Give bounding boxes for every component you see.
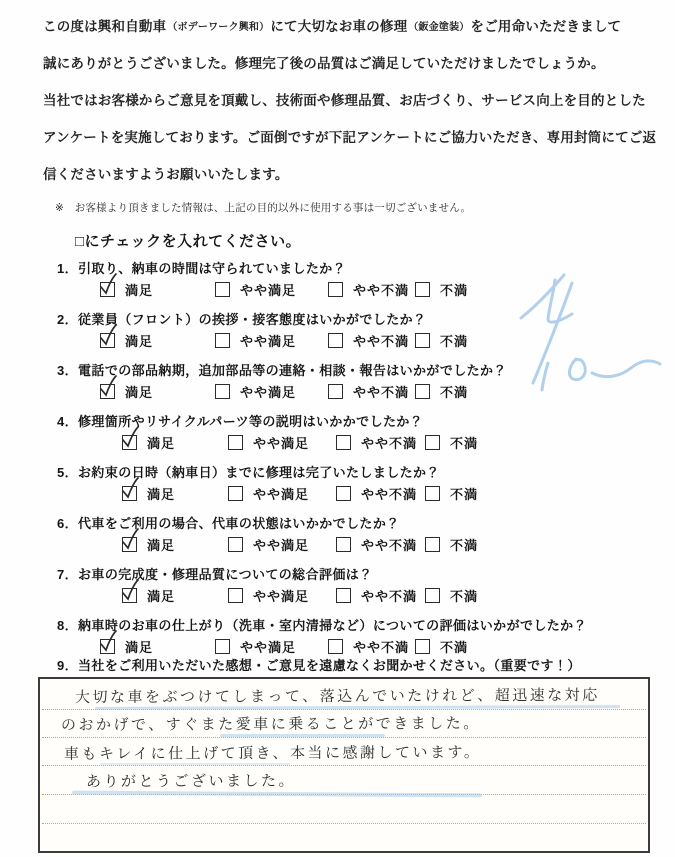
option-row: 満足やや満足やや不満不満 [0,433,675,457]
option-group: やや満足 [215,280,296,299]
option-label: やや満足 [240,382,296,401]
question-text: 5．お約束の日時（納車日）までに修理は完了いたしましたか？ [57,462,440,481]
option-group: 満足 [100,637,153,656]
checkbox-q8-やや不満[interactable] [328,639,343,654]
option-group: やや満足 [228,484,309,503]
checkbox-q1-不満[interactable] [415,282,430,297]
option-row: 満足やや満足やや不満不満 [0,535,675,559]
option-group: やや不満 [336,484,417,503]
option-label: やや不満 [353,637,409,656]
comment-response-box[interactable]: 大切な車をぶつけてしまって、落込んでいたけれど、超迅速な対応 のおかげで、すぐま… [38,677,650,853]
option-label: やや満足 [240,331,296,350]
checkbox-q8-やや満足[interactable] [215,639,230,654]
option-row: 満足やや満足やや不満不満 [0,484,675,508]
intro-text-segment: をご用命いただきまして [471,15,622,35]
intro-text-segment: （鈑金塗装） [407,18,470,33]
checkbox-q7-不満[interactable] [425,588,440,603]
checkbox-q1-やや満足[interactable] [215,282,230,297]
intro-text-segment: にて大切なお車の修理 [270,15,407,35]
intro-text-segment: 信くださいますようお願いいたします。 [43,163,289,183]
option-label: 不満 [440,331,468,350]
option-group: やや不満 [336,433,417,452]
checkbox-q1-満足[interactable] [100,282,115,297]
option-label: 不満 [440,382,468,401]
option-group: やや満足 [228,535,309,554]
checkbox-q3-満足[interactable] [100,384,115,399]
ruled-line [42,765,646,766]
checkbox-q6-不満[interactable] [425,537,440,552]
option-group: やや満足 [215,331,296,350]
option-label: 満足 [147,586,175,605]
option-label: 満足 [125,382,153,401]
survey-form-page: この度は興和自動車（ボデーワーク興和）にて大切なお車の修理（鈑金塗装）をご用命い… [0,0,675,857]
checkbox-q2-やや不満[interactable] [328,333,343,348]
option-group: 満足 [122,535,175,554]
option-label: やや不満 [361,484,417,503]
option-group: 満足 [100,331,153,350]
option-group: 不満 [425,586,478,605]
option-group: 不満 [425,433,478,452]
intro-text-segment: 誠にありがとうございました。修理完了後の品質はご満足していただけましたでしょうか… [43,52,605,72]
question-block: 5．お約束の日時（納車日）までに修理は完了いたしましたか？満足やや満足やや不満不… [0,460,675,511]
ruled-line [42,823,646,824]
checkbox-q3-やや満足[interactable] [215,384,230,399]
intro-text-segment: アンケートを実施しております。ご面倒ですが下記アンケートにご協力いただき、専用封… [43,126,656,146]
intro-text-segment: （ボデーワーク興和） [166,18,270,33]
option-group: やや満足 [228,586,309,605]
option-label: やや不満 [361,535,417,554]
option-label: やや満足 [253,484,309,503]
checkbox-q8-満足[interactable] [100,639,115,654]
option-label: 不満 [440,637,468,656]
question-text: 6．代車をご利用の場合、代車の状態はいかかでしたか？ [57,513,400,532]
option-group: 不満 [415,382,468,401]
intro-line: 信くださいますようお願いいたします。 [43,154,643,191]
checkbox-q4-やや不満[interactable] [336,435,351,450]
privacy-note: ※ お客様より頂きました情報は、上記の目的以外に使用する事は一切ございません。 [55,200,635,215]
checkbox-q2-不満[interactable] [415,333,430,348]
check-instruction: □にチェックを入れてください。 [75,230,301,251]
option-group: 不満 [415,331,468,350]
option-group: 満足 [122,586,175,605]
intro-text-segment: この度は興和自動車 [43,15,166,35]
question-text: 1．引取り、納車の時間は守られていましたか？ [57,258,346,277]
option-group: やや満足 [228,433,309,452]
intro-line: この度は興和自動車（ボデーワーク興和）にて大切なお車の修理（鈑金塗装）をご用命い… [43,6,643,43]
option-label: やや不満 [361,433,417,452]
handwritten-comment-line: 車もキレイに仕上げて頂き、本当に感謝しています。 [64,741,481,764]
option-label: やや不満 [353,280,409,299]
option-label: 満足 [125,331,153,350]
checkbox-q8-不満[interactable] [415,639,430,654]
intro-text-segment: 当社ではお客様からご意見を頂戴し、技術面や修理品質、お店づくり、サービス向上を目… [43,89,646,109]
checkbox-q1-やや不満[interactable] [328,282,343,297]
option-group: 満足 [100,382,153,401]
option-group: やや不満 [336,535,417,554]
checkbox-q4-やや満足[interactable] [228,435,243,450]
blue-highlight-stroke [220,734,385,737]
intro-line: 誠にありがとうございました。修理完了後の品質はご満足していただけましたでしょうか… [43,43,643,80]
option-label: やや満足 [253,433,309,452]
option-group: やや不満 [328,331,409,350]
intro-paragraph: この度は興和自動車（ボデーワーク興和）にて大切なお車の修理（鈑金塗装）をご用命い… [43,6,643,191]
option-group: 不満 [415,280,468,299]
option-label: 満足 [125,637,153,656]
question-text: 8．納車時のお車の仕上がり（洗車・室内清掃など）についての評価はいかがでしたか？ [57,615,587,634]
option-group: やや不満 [328,382,409,401]
checkbox-q4-満足[interactable] [122,435,137,450]
option-label: 不満 [440,280,468,299]
option-group: やや不満 [328,280,409,299]
checkbox-q7-満足[interactable] [122,588,137,603]
option-row: 満足やや満足やや不満不満 [0,586,675,610]
option-group: やや不満 [328,637,409,656]
option-label: やや満足 [253,586,309,605]
option-group: 不満 [425,484,478,503]
option-group: 満足 [100,280,153,299]
question-9-text: 9．当社をご利用いただいた感想・ご意見を遠慮なくお聞かせください。（重要です！） [57,655,581,674]
checkbox-q3-不満[interactable] [415,384,430,399]
question-block: 7．お車の完成度・修理品質についての総合評価は？満足やや満足やや不満不満 [0,562,675,613]
checkbox-q5-やや不満[interactable] [336,486,351,501]
option-group: やや満足 [215,382,296,401]
option-label: やや満足 [240,280,296,299]
question-block: 4．修理箇所やリサイクルパーツ等の説明はいかかでしたか？満足やや満足やや不満不満 [0,409,675,460]
checkbox-q7-やや不満[interactable] [336,588,351,603]
intro-line: 当社ではお客様からご意見を頂戴し、技術面や修理品質、お店づくり、サービス向上を目… [43,80,643,117]
question-text: 7．お車の完成度・修理品質についての総合評価は？ [57,564,373,583]
option-label: やや満足 [253,535,309,554]
intro-line: アンケートを実施しております。ご面倒ですが下記アンケートにご協力いただき、専用封… [43,117,643,154]
option-label: やや不満 [361,586,417,605]
handwritten-comment-line: 大切な車をぶつけてしまって、落込んでいたけれど、超迅速な対応 [75,684,600,707]
question-block: 6．代車をご利用の場合、代車の状態はいかかでしたか？満足やや満足やや不満不満 [0,511,675,562]
option-group: 不満 [425,535,478,554]
question-text: 3．電話での部品納期，追加部品等の連絡・相談・報告はいかがでしたか？ [57,360,507,379]
option-label: 不満 [450,586,478,605]
handwritten-comment-line: のおかげで、すぐまた愛車に乗ることができました。 [61,712,481,735]
option-group: やや不満 [336,586,417,605]
checkbox-q2-やや満足[interactable] [215,333,230,348]
option-label: やや満足 [240,637,296,656]
option-group: やや満足 [215,637,296,656]
checkbox-q5-満足[interactable] [122,486,137,501]
handwritten-comment-line: ありがとうございました。 [86,770,296,792]
option-label: 不満 [450,484,478,503]
option-group: 満足 [122,484,175,503]
checkbox-q6-やや満足[interactable] [228,537,243,552]
checkbox-q7-やや満足[interactable] [228,588,243,603]
option-group: 不満 [415,637,468,656]
option-label: やや不満 [353,331,409,350]
checkbox-q6-満足[interactable] [122,537,137,552]
question-text: 2．従業員（フロント）の挨拶・接客態度はいかがでしたか？ [57,309,426,328]
option-group: 満足 [122,433,175,452]
checkbox-q2-満足[interactable] [100,333,115,348]
question-text: 4．修理箇所やリサイクルパーツ等の説明はいかかでしたか？ [57,411,423,430]
checkbox-q5-不満[interactable] [425,486,440,501]
option-label: 満足 [147,484,175,503]
checkbox-q4-不満[interactable] [425,435,440,450]
option-label: 満足 [147,535,175,554]
option-label: 満足 [147,433,175,452]
checkbox-q6-やや不満[interactable] [336,537,351,552]
option-label: 不満 [450,535,478,554]
blue-highlight-stroke [72,791,482,798]
option-label: 満足 [125,280,153,299]
option-label: 不満 [450,433,478,452]
handwritten-date-annotation [492,263,672,403]
checkbox-q3-やや不満[interactable] [328,384,343,399]
checkbox-q5-やや満足[interactable] [228,486,243,501]
ruled-line [42,737,646,738]
option-label: やや不満 [353,382,409,401]
